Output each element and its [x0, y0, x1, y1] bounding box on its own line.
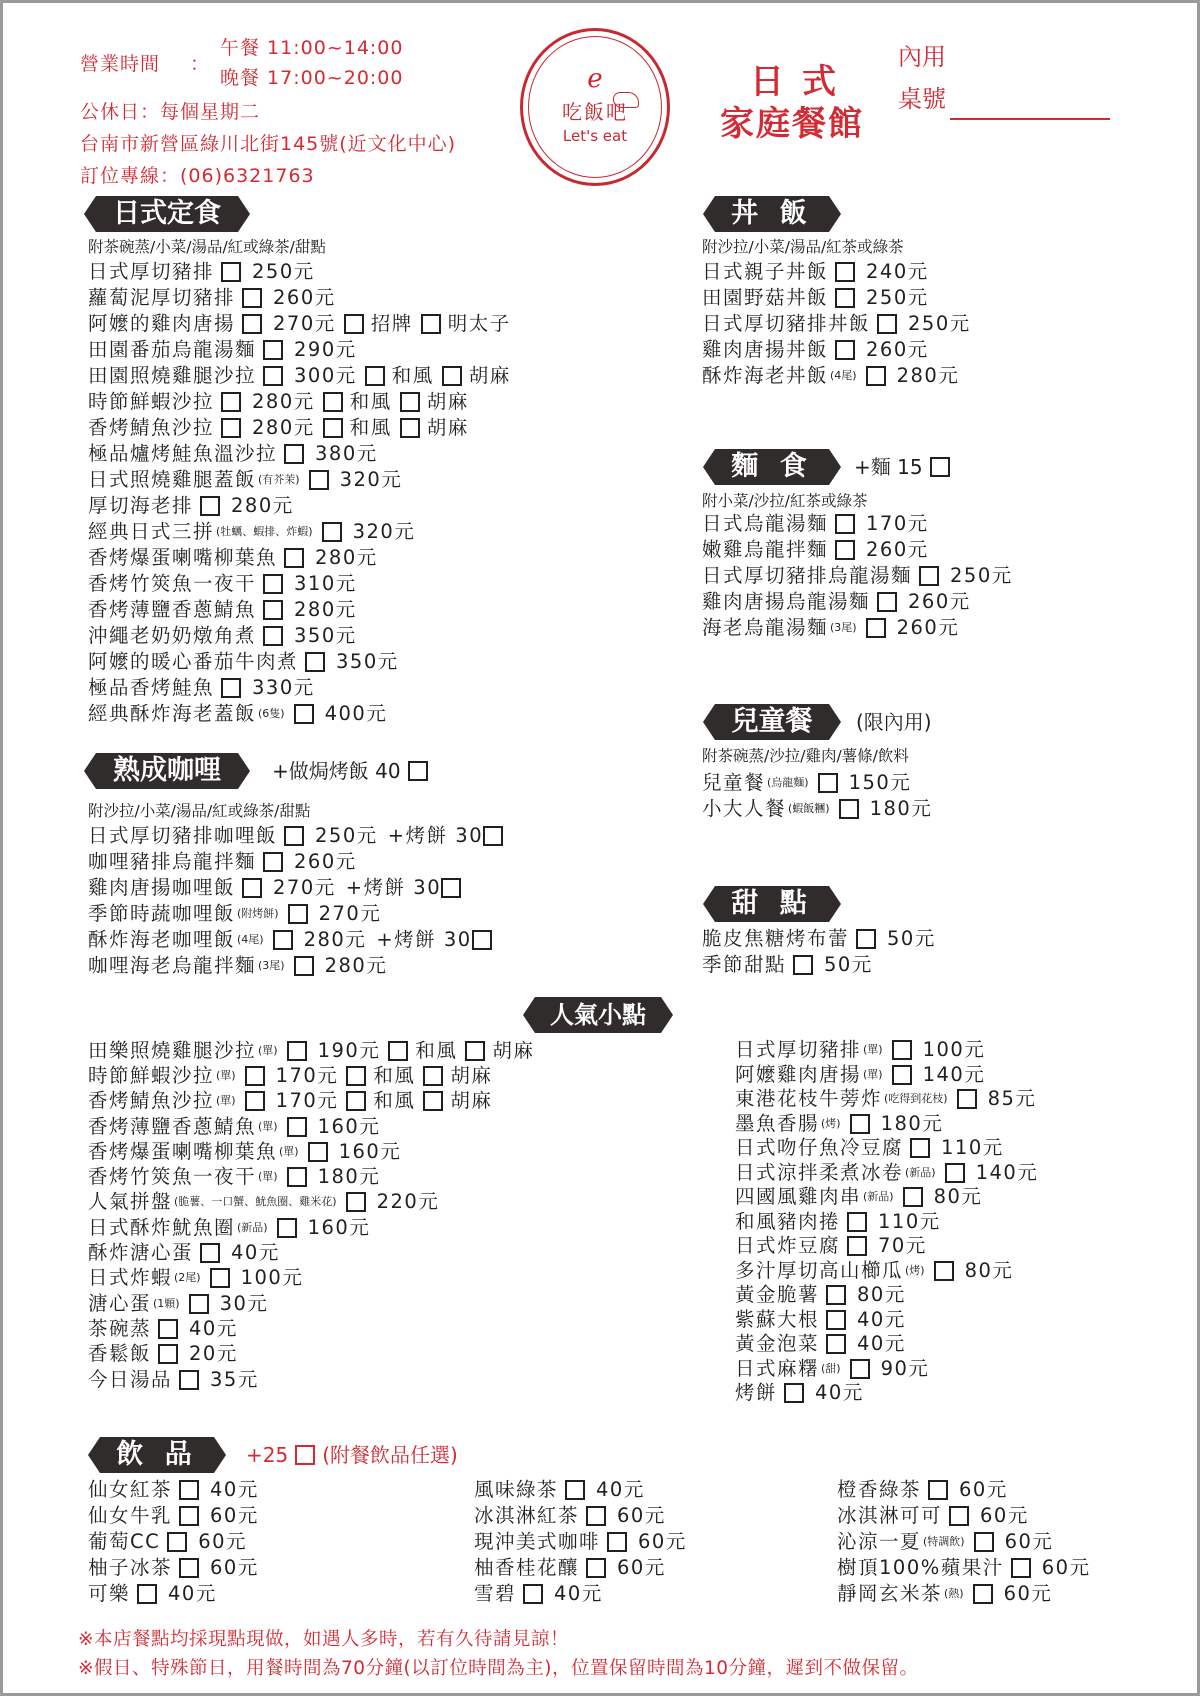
- option-checkbox[interactable]: [442, 366, 462, 386]
- item-checkbox[interactable]: [294, 704, 314, 724]
- menu-item: 葡萄CC60元: [88, 1529, 259, 1555]
- curry-gratin-checkbox[interactable]: [408, 761, 428, 781]
- item-name: 雞肉唐揚咖哩飯: [88, 875, 235, 901]
- menu-item: 酥炸溏心蛋40元: [88, 1240, 534, 1265]
- item-note: (附烤餅): [237, 901, 279, 927]
- menu-item: 和風豬肉捲110元: [735, 1210, 1038, 1235]
- item-name: 茶碗蒸: [88, 1316, 151, 1342]
- item-checkbox[interactable]: [945, 1163, 965, 1183]
- item-price: 60元: [210, 1503, 259, 1529]
- item-checkbox[interactable]: [287, 1117, 307, 1137]
- item-checkbox[interactable]: [784, 1383, 804, 1403]
- item-price: 60元: [617, 1503, 666, 1529]
- item-note: (單): [863, 1037, 883, 1063]
- item-name: 雞肉唐揚烏龍湯麵: [702, 589, 870, 615]
- item-option[interactable]: 胡麻: [400, 389, 469, 415]
- item-checkbox[interactable]: [607, 1532, 627, 1552]
- footer-note-1: ※本店餐點均採現點現做，如遇人多時，若有久待請見諒！: [78, 1625, 919, 1654]
- item-name: 日式麻糬: [735, 1356, 819, 1382]
- item-price: 400元: [325, 701, 388, 727]
- item-checkbox[interactable]: [974, 1532, 994, 1552]
- menu-item: 香烤薄鹽香蔥鯖魚280元: [88, 597, 511, 623]
- item-note: (單): [279, 1139, 299, 1165]
- menu-item: 田園野菇丼飯250元: [702, 285, 971, 311]
- logo-script-letter: e: [587, 64, 602, 94]
- item-checkbox[interactable]: [826, 1334, 846, 1354]
- menu-item: 香烤竹筴魚一夜干(單)180元: [88, 1164, 534, 1189]
- menu-item: 兒童餐(烏龍麵)150元: [702, 770, 932, 796]
- item-checkbox[interactable]: [835, 540, 855, 560]
- noodles-list: 日式烏龍湯麵170元嫩雞烏龍拌麵260元日式厚切豬排烏龍湯麵250元雞肉唐揚烏龍…: [702, 511, 1013, 641]
- item-checkbox[interactable]: [826, 1310, 846, 1330]
- item-price: 110元: [941, 1135, 1004, 1161]
- option-checkbox[interactable]: [423, 1066, 443, 1086]
- item-checkbox[interactable]: [835, 262, 855, 282]
- item-checkbox[interactable]: [263, 626, 283, 646]
- item-checkbox[interactable]: [284, 444, 304, 464]
- item-note: (3尾): [258, 953, 285, 979]
- item-price: 160元: [339, 1139, 402, 1165]
- option-label: 明太子: [448, 311, 511, 337]
- item-price: 250元: [908, 311, 971, 337]
- item-note: (脆薯、一口蟹、魷魚圈、雞米花): [174, 1189, 337, 1215]
- item-checkbox[interactable]: [910, 1138, 930, 1158]
- item-price: 100元: [923, 1037, 986, 1063]
- item-name: 日式吻仔魚冷豆腐: [735, 1135, 903, 1161]
- item-price: 220元: [377, 1189, 440, 1215]
- item-checkbox[interactable]: [179, 1480, 199, 1500]
- item-price: 40元: [857, 1307, 906, 1333]
- item-name: 日式厚切豬排烏龍湯麵: [702, 563, 912, 589]
- item-checkbox[interactable]: [221, 678, 241, 698]
- item-note: (3尾): [830, 615, 857, 641]
- item-price: 100元: [241, 1265, 304, 1291]
- item-note: (有芥茉): [258, 467, 300, 493]
- item-price: 170元: [276, 1063, 339, 1089]
- item-checkbox[interactable]: [839, 799, 859, 819]
- item-checkbox[interactable]: [835, 514, 855, 534]
- item-checkbox[interactable]: [934, 1261, 954, 1281]
- item-checkbox[interactable]: [523, 1584, 543, 1604]
- item-option[interactable]: 胡麻: [442, 363, 511, 389]
- item-checkbox[interactable]: [245, 1066, 265, 1086]
- item-checkbox[interactable]: [200, 496, 220, 516]
- address: 台南市新營區綠川北街145號(近文化中心): [80, 128, 456, 160]
- item-checkbox[interactable]: [346, 1192, 366, 1212]
- menu-item: 日式烏龍湯麵170元: [702, 511, 1013, 537]
- drinks-addon-checkbox[interactable]: [295, 1445, 315, 1465]
- item-checkbox[interactable]: [850, 1114, 870, 1134]
- addon-checkbox[interactable]: [472, 930, 492, 950]
- item-checkbox[interactable]: [263, 574, 283, 594]
- item-name: 季節甜點: [702, 952, 786, 978]
- item-note: (熱): [944, 1581, 964, 1607]
- curry-list: 日式厚切豬排咖哩飯250元+烤餅 30咖哩豬排烏龍拌麵260元雞肉唐揚咖哩飯27…: [88, 823, 510, 979]
- item-checkbox[interactable]: [826, 1285, 846, 1305]
- item-name: 沁涼一夏: [837, 1529, 921, 1555]
- item-checkbox[interactable]: [294, 956, 314, 976]
- menu-item: 雞肉唐揚烏龍湯麵260元: [702, 589, 1013, 615]
- item-note: (4尾): [830, 363, 857, 389]
- addon-label: +烤餅 30: [346, 875, 441, 901]
- menu-item: 阿嬤雞肉唐揚(單)140元: [735, 1063, 1038, 1088]
- addon-checkbox[interactable]: [441, 878, 461, 898]
- item-price: 280元: [252, 415, 315, 441]
- menu-item: 樹頂100%蘋果汁60元: [837, 1555, 1091, 1581]
- item-checkbox[interactable]: [179, 1506, 199, 1526]
- item-price: 170元: [276, 1088, 339, 1114]
- item-checkbox[interactable]: [179, 1370, 199, 1390]
- option-checkbox[interactable]: [344, 314, 364, 334]
- item-name: 黃金脆薯: [735, 1282, 819, 1308]
- menu-item: 紫蘇大根40元: [735, 1308, 1038, 1333]
- item-name: 咖哩豬排烏龍拌麵: [88, 849, 256, 875]
- item-checkbox[interactable]: [263, 340, 283, 360]
- option-checkbox[interactable]: [365, 366, 385, 386]
- item-checkbox[interactable]: [322, 522, 342, 542]
- item-checkbox[interactable]: [565, 1480, 585, 1500]
- item-name: 咖哩海老烏龍拌麵: [88, 953, 256, 979]
- item-name: 極品爐烤鮭魚溫沙拉: [88, 441, 277, 467]
- item-checkbox[interactable]: [242, 288, 262, 308]
- item-checkbox[interactable]: [200, 1243, 220, 1263]
- item-name: 阿嬤雞肉唐揚: [735, 1062, 861, 1088]
- item-name: 日式厚切豬排咖哩飯: [88, 823, 277, 849]
- item-checkbox[interactable]: [287, 1041, 307, 1061]
- item-price: 270元: [273, 875, 336, 901]
- drinks-addon-price: +25: [246, 1437, 288, 1473]
- option-label: 和風: [373, 1088, 415, 1114]
- item-price: 350元: [294, 623, 357, 649]
- item-name: 人氣拼盤: [88, 1189, 172, 1215]
- item-checkbox[interactable]: [818, 773, 838, 793]
- menu-item: 東港花枝牛蒡炸(吃得到花枝)85元: [735, 1087, 1038, 1112]
- menu-item: 烤餅40元: [735, 1381, 1038, 1406]
- item-price: 250元: [950, 563, 1013, 589]
- option-checkbox[interactable]: [423, 1091, 443, 1111]
- item-name: 香烤薄鹽香蔥鯖魚: [88, 597, 256, 623]
- item-checkbox[interactable]: [847, 1236, 867, 1256]
- business-hours: 營業時間 ： 午餐 11:00~14:00 晚餐 17:00~20:00: [80, 32, 456, 96]
- item-checkbox[interactable]: [288, 904, 308, 924]
- dine-in-box: 內用 桌號: [898, 36, 1110, 120]
- item-note: (牡蠣、蝦排、炸蝦): [216, 519, 313, 545]
- item-checkbox[interactable]: [866, 366, 886, 386]
- item-name: 東港花枝牛蒡炸: [735, 1086, 882, 1112]
- option-checkbox[interactable]: [400, 392, 420, 412]
- item-name: 日式厚切豬排: [88, 259, 214, 285]
- item-checkbox[interactable]: [892, 1065, 912, 1085]
- item-name: 風味綠茶: [474, 1477, 558, 1503]
- item-note: (1顆): [153, 1291, 180, 1317]
- menu-item: 柚香桂花釀60元: [474, 1555, 687, 1581]
- item-option[interactable]: 和風: [365, 363, 434, 389]
- item-name: 香烤竹筴魚一夜干: [88, 1164, 256, 1190]
- menu-item: 香烤鯖魚沙拉280元和風胡麻: [88, 415, 511, 441]
- item-note: (新品): [237, 1215, 268, 1241]
- menu-item: 季節時蔬咖哩飯(附烤餅)270元: [88, 901, 510, 927]
- option-checkbox[interactable]: [323, 392, 343, 412]
- menu-item: 厚切海老排280元: [88, 493, 511, 519]
- item-checkbox[interactable]: [158, 1319, 178, 1339]
- item-name: 葡萄CC: [88, 1529, 160, 1555]
- item-price: 90元: [881, 1356, 930, 1382]
- option-checkbox[interactable]: [346, 1066, 366, 1086]
- restaurant-logo: e 吃飯吧 Let's eat: [520, 28, 670, 186]
- item-checkbox[interactable]: [949, 1506, 969, 1526]
- item-checkbox[interactable]: [263, 600, 283, 620]
- item-checkbox[interactable]: [158, 1344, 178, 1364]
- menu-item: 茶碗蒸40元: [88, 1316, 534, 1341]
- item-checkbox[interactable]: [287, 1167, 307, 1187]
- item-name: 墨魚香腸: [735, 1111, 819, 1137]
- menu-item: 香烤鯖魚沙拉(單)170元和風胡麻: [88, 1089, 534, 1114]
- item-option[interactable]: 明太子: [421, 311, 511, 337]
- item-checkbox[interactable]: [284, 826, 304, 846]
- item-checkbox[interactable]: [928, 1480, 948, 1500]
- item-name: 酥炸海老咖哩飯: [88, 927, 235, 953]
- item-option[interactable]: 胡麻: [465, 1038, 534, 1064]
- item-name: 日式炸蝦: [88, 1265, 172, 1291]
- section-header-donburi: 丼 飯: [703, 196, 841, 232]
- item-price: 280元: [231, 493, 294, 519]
- item-name: 日式烏龍湯麵: [702, 511, 828, 537]
- item-option[interactable]: 胡麻: [423, 1088, 492, 1114]
- item-checkbox[interactable]: [309, 470, 329, 490]
- option-checkbox[interactable]: [346, 1091, 366, 1111]
- option-label: 胡麻: [492, 1038, 534, 1064]
- menu-item: 香烤竹筴魚一夜干310元: [88, 571, 511, 597]
- item-checkbox[interactable]: [242, 878, 262, 898]
- kids-dine-in-only: (限內用): [856, 704, 932, 740]
- item-checkbox[interactable]: [586, 1506, 606, 1526]
- option-checkbox[interactable]: [323, 418, 343, 438]
- menu-item: 多汁厚切高山櫛瓜(烤)80元: [735, 1259, 1038, 1284]
- option-checkbox[interactable]: [421, 314, 441, 334]
- item-note: (單): [216, 1088, 236, 1114]
- menu-item: 酥炸海老咖哩飯(4尾)280元+烤餅 30: [88, 927, 510, 953]
- item-checkbox[interactable]: [866, 618, 886, 638]
- item-price: 190元: [318, 1038, 381, 1064]
- snacks-list-left: 田樂照燒雞腿沙拉(單)190元和風胡麻時節鮮蝦沙拉(單)170元和風胡麻香烤鯖魚…: [88, 1038, 534, 1392]
- item-checkbox[interactable]: [221, 392, 241, 412]
- item-price: 320元: [340, 467, 403, 493]
- item-checkbox[interactable]: [892, 1040, 912, 1060]
- item-name: 日式親子丼飯: [702, 259, 828, 285]
- item-name: 蘿蔔泥厚切豬排: [88, 285, 235, 311]
- item-option[interactable]: 招牌: [344, 311, 413, 337]
- section-header-set-meal: 日式定食: [84, 196, 250, 232]
- menu-item: 時節鮮蝦沙拉280元和風胡麻: [88, 389, 511, 415]
- item-checkbox[interactable]: [221, 262, 241, 282]
- item-price: 280元: [294, 597, 357, 623]
- item-price: 260元: [866, 337, 929, 363]
- item-checkbox[interactable]: [308, 1142, 328, 1162]
- item-checkbox[interactable]: [847, 1212, 867, 1232]
- item-price: 260元: [908, 589, 971, 615]
- item-option[interactable]: 和風: [323, 389, 392, 415]
- phone: 訂位專線：(06)6321763: [80, 160, 456, 192]
- menu-item: 日式麻糬(甜)90元: [735, 1357, 1038, 1382]
- option-label: 胡麻: [450, 1063, 492, 1089]
- item-name: 烤餅: [735, 1380, 777, 1406]
- brand-line-2: 家庭餐館: [720, 102, 864, 146]
- item-checkbox[interactable]: [850, 1359, 870, 1379]
- item-checkbox[interactable]: [835, 340, 855, 360]
- addon-label: +烤餅 30: [388, 823, 483, 849]
- item-checkbox[interactable]: [167, 1532, 187, 1552]
- menu-item: 可樂40元: [88, 1581, 259, 1607]
- item-name: 橙香綠茶: [837, 1477, 921, 1503]
- section-header-curry: 熟成咖哩: [84, 753, 250, 789]
- item-price: 260元: [897, 615, 960, 641]
- item-name: 日式照燒雞腿蓋飯: [88, 467, 256, 493]
- item-price: 350元: [336, 649, 399, 675]
- item-name: 海老烏龍湯麵: [702, 615, 828, 641]
- item-checkbox[interactable]: [957, 1089, 977, 1109]
- option-checkbox[interactable]: [400, 418, 420, 438]
- item-checkbox[interactable]: [973, 1584, 993, 1604]
- item-price: 280元: [897, 363, 960, 389]
- item-price: 160元: [308, 1215, 371, 1241]
- item-checkbox[interactable]: [919, 566, 939, 586]
- noodles-extra-addon: +麵 15: [854, 449, 957, 485]
- item-checkbox[interactable]: [263, 852, 283, 872]
- item-checkbox[interactable]: [273, 930, 293, 950]
- item-checkbox[interactable]: [835, 288, 855, 308]
- item-price: 40元: [189, 1316, 238, 1342]
- item-name: 香烤鯖魚沙拉: [88, 1088, 214, 1114]
- item-checkbox[interactable]: [189, 1294, 209, 1314]
- item-name: 多汁厚切高山櫛瓜: [735, 1258, 903, 1284]
- item-option[interactable]: 和風: [346, 1063, 415, 1089]
- item-name: 日式炸豆腐: [735, 1233, 840, 1259]
- section-header-kids: 兒童餐: [703, 704, 841, 740]
- item-name: 酥炸海老丼飯: [702, 363, 828, 389]
- item-checkbox[interactable]: [263, 366, 283, 386]
- item-checkbox[interactable]: [1011, 1558, 1031, 1578]
- item-checkbox[interactable]: [245, 1091, 265, 1111]
- item-checkbox[interactable]: [221, 418, 241, 438]
- item-checkbox[interactable]: [877, 314, 897, 334]
- item-price: 250元: [252, 259, 315, 285]
- option-label: 和風: [392, 363, 434, 389]
- item-price: 80元: [857, 1282, 906, 1308]
- item-name: 脆皮焦糖烤布蕾: [702, 926, 849, 952]
- item-name: 季節時蔬咖哩飯: [88, 901, 235, 927]
- item-price: 240元: [866, 259, 929, 285]
- set-meal-includes: 附茶碗蒸/小菜/湯品/紅或綠茶/甜點: [88, 236, 326, 258]
- drinks-addon-note: (附餐飲品任選): [322, 1437, 458, 1473]
- menu-item: 酥炸海老丼飯(4尾)280元: [702, 363, 971, 389]
- menu-item: 溏心蛋(1顆)30元: [88, 1291, 534, 1316]
- item-checkbox[interactable]: [903, 1187, 923, 1207]
- table-number-field[interactable]: [950, 92, 1110, 120]
- item-price: 250元: [315, 823, 378, 849]
- item-name: 阿嬤的雞肉唐揚: [88, 311, 235, 337]
- item-price: 80元: [934, 1184, 983, 1210]
- item-option[interactable]: 胡麻: [423, 1063, 492, 1089]
- item-checkbox[interactable]: [305, 652, 325, 672]
- menu-item: 冰淇淋可可60元: [837, 1503, 1091, 1529]
- item-option[interactable]: 和風: [346, 1088, 415, 1114]
- item-name: 時節鮮蝦沙拉: [88, 1063, 214, 1089]
- item-addon[interactable]: +烤餅 30: [376, 927, 498, 953]
- item-checkbox[interactable]: [877, 592, 897, 612]
- item-checkbox[interactable]: [277, 1218, 297, 1238]
- item-option[interactable]: 和風: [323, 415, 392, 441]
- menu-item: 仙女牛乳60元: [88, 1503, 259, 1529]
- option-label: 胡麻: [427, 389, 469, 415]
- menu-item: 黃金泡菜40元: [735, 1332, 1038, 1357]
- item-price: 60元: [198, 1529, 247, 1555]
- item-checkbox[interactable]: [179, 1558, 199, 1578]
- item-checkbox[interactable]: [586, 1558, 606, 1578]
- option-checkbox[interactable]: [388, 1041, 408, 1061]
- menu-item: 香烤爆蛋喇嘴柳葉魚280元: [88, 545, 511, 571]
- noodles-extra-checkbox[interactable]: [930, 457, 950, 477]
- item-option[interactable]: 胡麻: [400, 415, 469, 441]
- lunch-hours: 午餐 11:00~14:00: [220, 32, 403, 64]
- item-price: 50元: [824, 952, 873, 978]
- item-checkbox[interactable]: [284, 548, 304, 568]
- option-label: 和風: [350, 415, 392, 441]
- item-name: 紫蘇大根: [735, 1307, 819, 1333]
- item-option[interactable]: 和風: [388, 1038, 457, 1064]
- section-header-noodles: 麵 食: [703, 449, 841, 485]
- item-price: 150元: [849, 770, 912, 796]
- item-price: 50元: [887, 926, 936, 952]
- item-price: 170元: [866, 511, 929, 537]
- menu-item: 沖繩老奶奶燉角煮350元: [88, 623, 511, 649]
- item-name: 時節鮮蝦沙拉: [88, 389, 214, 415]
- hours-colon: ：: [190, 48, 210, 80]
- menu-item: 阿嬤的雞肉唐揚270元招牌明太子: [88, 311, 511, 337]
- item-price: 270元: [319, 901, 382, 927]
- item-checkbox[interactable]: [793, 955, 813, 975]
- menu-item: 小大人餐(蝦飯糰)180元: [702, 796, 932, 822]
- menu-item: 時節鮮蝦沙拉(單)170元和風胡麻: [88, 1063, 534, 1088]
- menu-item: 蘿蔔泥厚切豬排260元: [88, 285, 511, 311]
- item-name: 日式涼拌柔煮冰卷: [735, 1160, 903, 1186]
- option-checkbox[interactable]: [465, 1041, 485, 1061]
- item-price: 60元: [1042, 1555, 1091, 1581]
- menu-item: 日式厚切豬排(單)100元: [735, 1038, 1038, 1063]
- item-checkbox[interactable]: [210, 1268, 230, 1288]
- menu-item: 沁涼一夏(特調飲)60元: [837, 1529, 1091, 1555]
- item-name: 香鬆飯: [88, 1341, 151, 1367]
- item-note: (單): [863, 1062, 883, 1088]
- item-note: (2尾): [174, 1265, 201, 1291]
- item-addon[interactable]: +烤餅 30: [346, 875, 468, 901]
- item-name: 酥炸溏心蛋: [88, 1240, 193, 1266]
- menu-item: 四國風雞肉串(新品)80元: [735, 1185, 1038, 1210]
- dessert-list: 脆皮焦糖烤布蕾50元季節甜點50元: [702, 926, 936, 978]
- addon-checkbox[interactable]: [483, 826, 503, 846]
- item-price: 40元: [210, 1477, 259, 1503]
- item-checkbox[interactable]: [242, 314, 262, 334]
- menu-item: 日式厚切豬排咖哩飯250元+烤餅 30: [88, 823, 510, 849]
- option-label: 和風: [373, 1063, 415, 1089]
- footer-note-2: ※假日、特殊節日，用餐時間為70分鐘(以訂位時間為主)，位置保留時間為10分鐘，…: [78, 1654, 919, 1683]
- item-checkbox[interactable]: [856, 929, 876, 949]
- item-note: (單): [258, 1038, 278, 1064]
- item-price: 60元: [617, 1555, 666, 1581]
- item-addon[interactable]: +烤餅 30: [388, 823, 510, 849]
- menu-item: 海老烏龍湯麵(3尾)260元: [702, 615, 1013, 641]
- item-checkbox[interactable]: [137, 1584, 157, 1604]
- item-name: 柚子冰茶: [88, 1555, 172, 1581]
